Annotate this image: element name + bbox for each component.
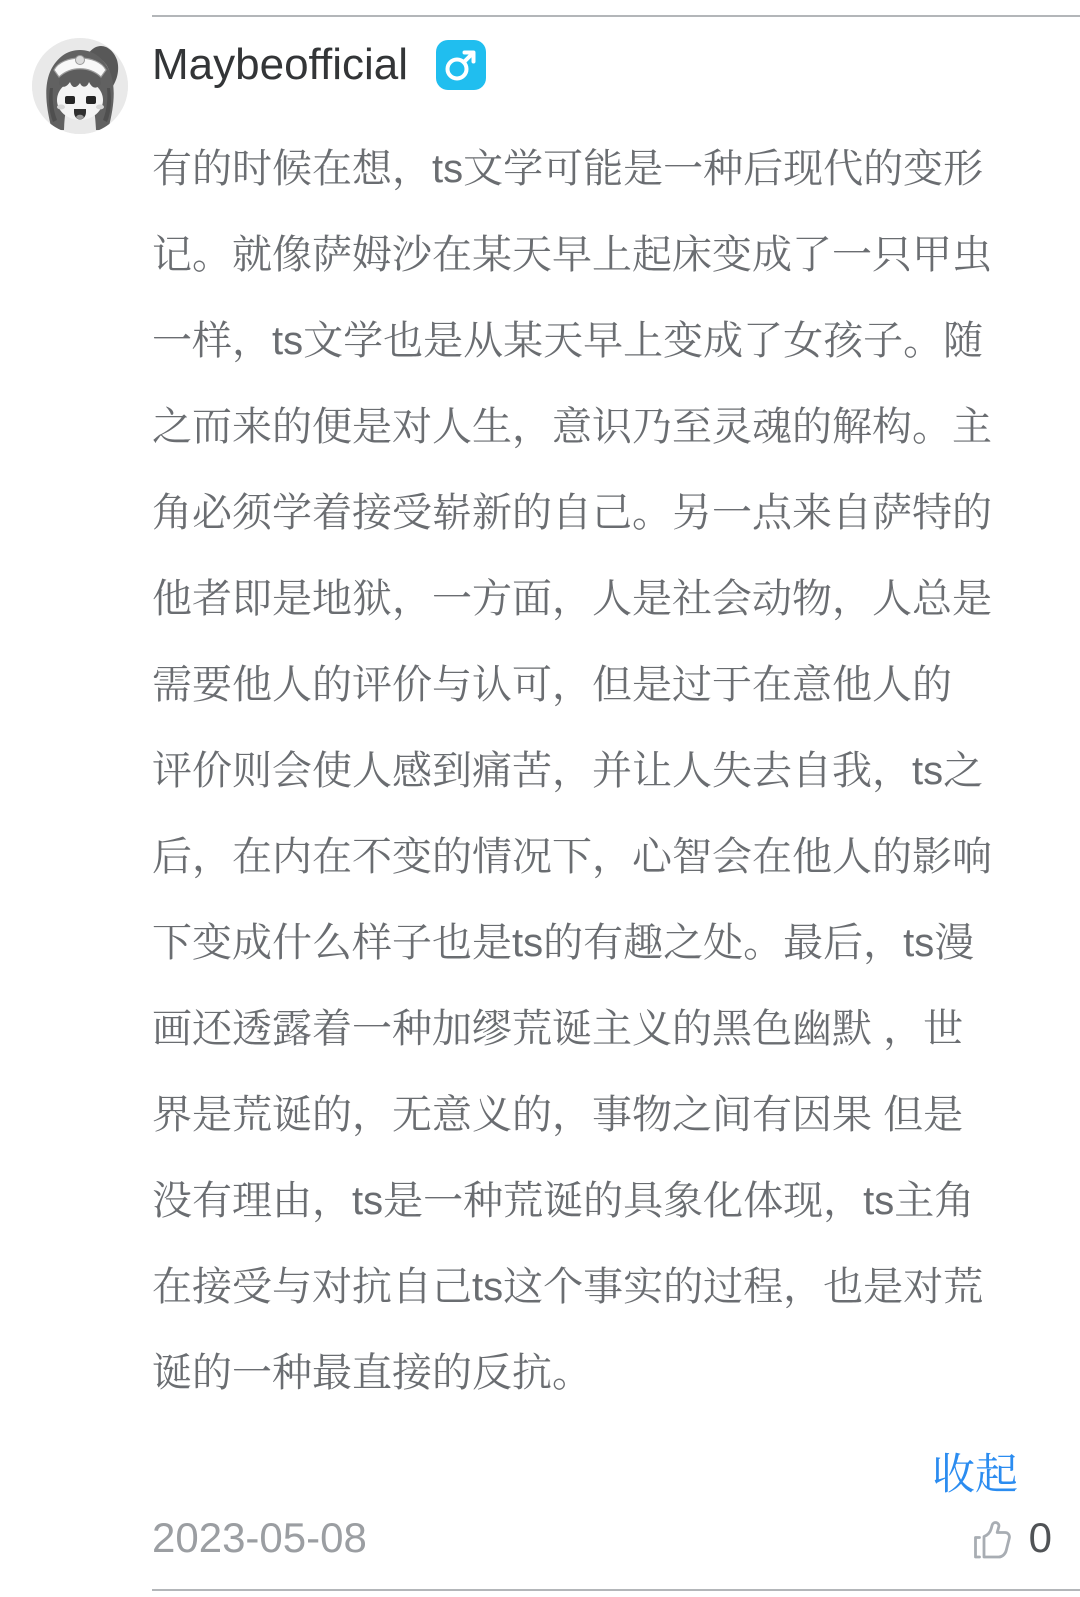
avatar[interactable] (32, 38, 128, 134)
comment-text-line: 画还透露着一种加缪荒诞主义的黑色幽默 ，世 (152, 986, 992, 1072)
comment-text-line: 诞的一种最直接的反抗。 (152, 1330, 992, 1416)
comment-text-line: 界是荒诞的，无意义的，事物之间有因果 但是 (152, 1072, 992, 1158)
anime-girl-avatar-image (32, 38, 128, 134)
comment-header: Maybeofficial (152, 38, 486, 92)
male-icon (436, 40, 486, 90)
comment-date: 2023-05-08 (152, 1514, 367, 1562)
comment-text-line: 一样，ts文学也是从某天早上变成了女孩子。随 (152, 298, 992, 384)
like-button[interactable]: 0 (969, 1514, 1052, 1562)
thumbs-up-icon (969, 1516, 1013, 1560)
collapse-link[interactable]: 收起 (932, 1441, 1018, 1502)
comment-text-line: 下变成什么样子也是ts的有趣之处。最后，ts漫 (152, 900, 992, 986)
bottom-divider (152, 1589, 1080, 1591)
comment-text-line: 评价则会使人感到痛苦，并让人失去自我，ts之 (152, 728, 992, 814)
comment-text-line: 在接受与对抗自己ts这个事实的过程，也是对荒 (152, 1244, 992, 1330)
comment-text-line: 没有理由，ts是一种荒诞的具象化体现，ts主角 (152, 1158, 992, 1244)
comment-text-line: 有的时候在想，ts文学可能是一种后现代的变形 (152, 126, 992, 212)
comment-footer: 2023-05-08 0 (152, 1510, 1052, 1566)
male-gender-badge (436, 40, 486, 90)
comment-text-line: 记。就像萨姆沙在某天早上起床变成了一只甲虫 (152, 212, 992, 298)
like-count: 0 (1029, 1514, 1052, 1562)
comment-text-line: 后，在内在不变的情况下，心智会在他人的影响 (152, 814, 992, 900)
comment-text-line: 他者即是地狱，一方面，人是社会动物，人总是 (152, 556, 992, 642)
username[interactable]: Maybeofficial (152, 38, 408, 92)
comment-text: 有的时候在想，ts文学可能是一种后现代的变形记。就像萨姆沙在某天早上起床变成了一… (152, 126, 992, 1416)
comment-text-line: 需要他人的评价与认可，但是过于在意他人的 (152, 642, 992, 728)
comment-text-line: 之而来的便是对人生，意识乃至灵魂的解构。主 (152, 384, 992, 470)
comment-text-line: 角必须学着接受崭新的自己。另一点来自萨特的 (152, 470, 992, 556)
top-divider (152, 15, 1080, 17)
